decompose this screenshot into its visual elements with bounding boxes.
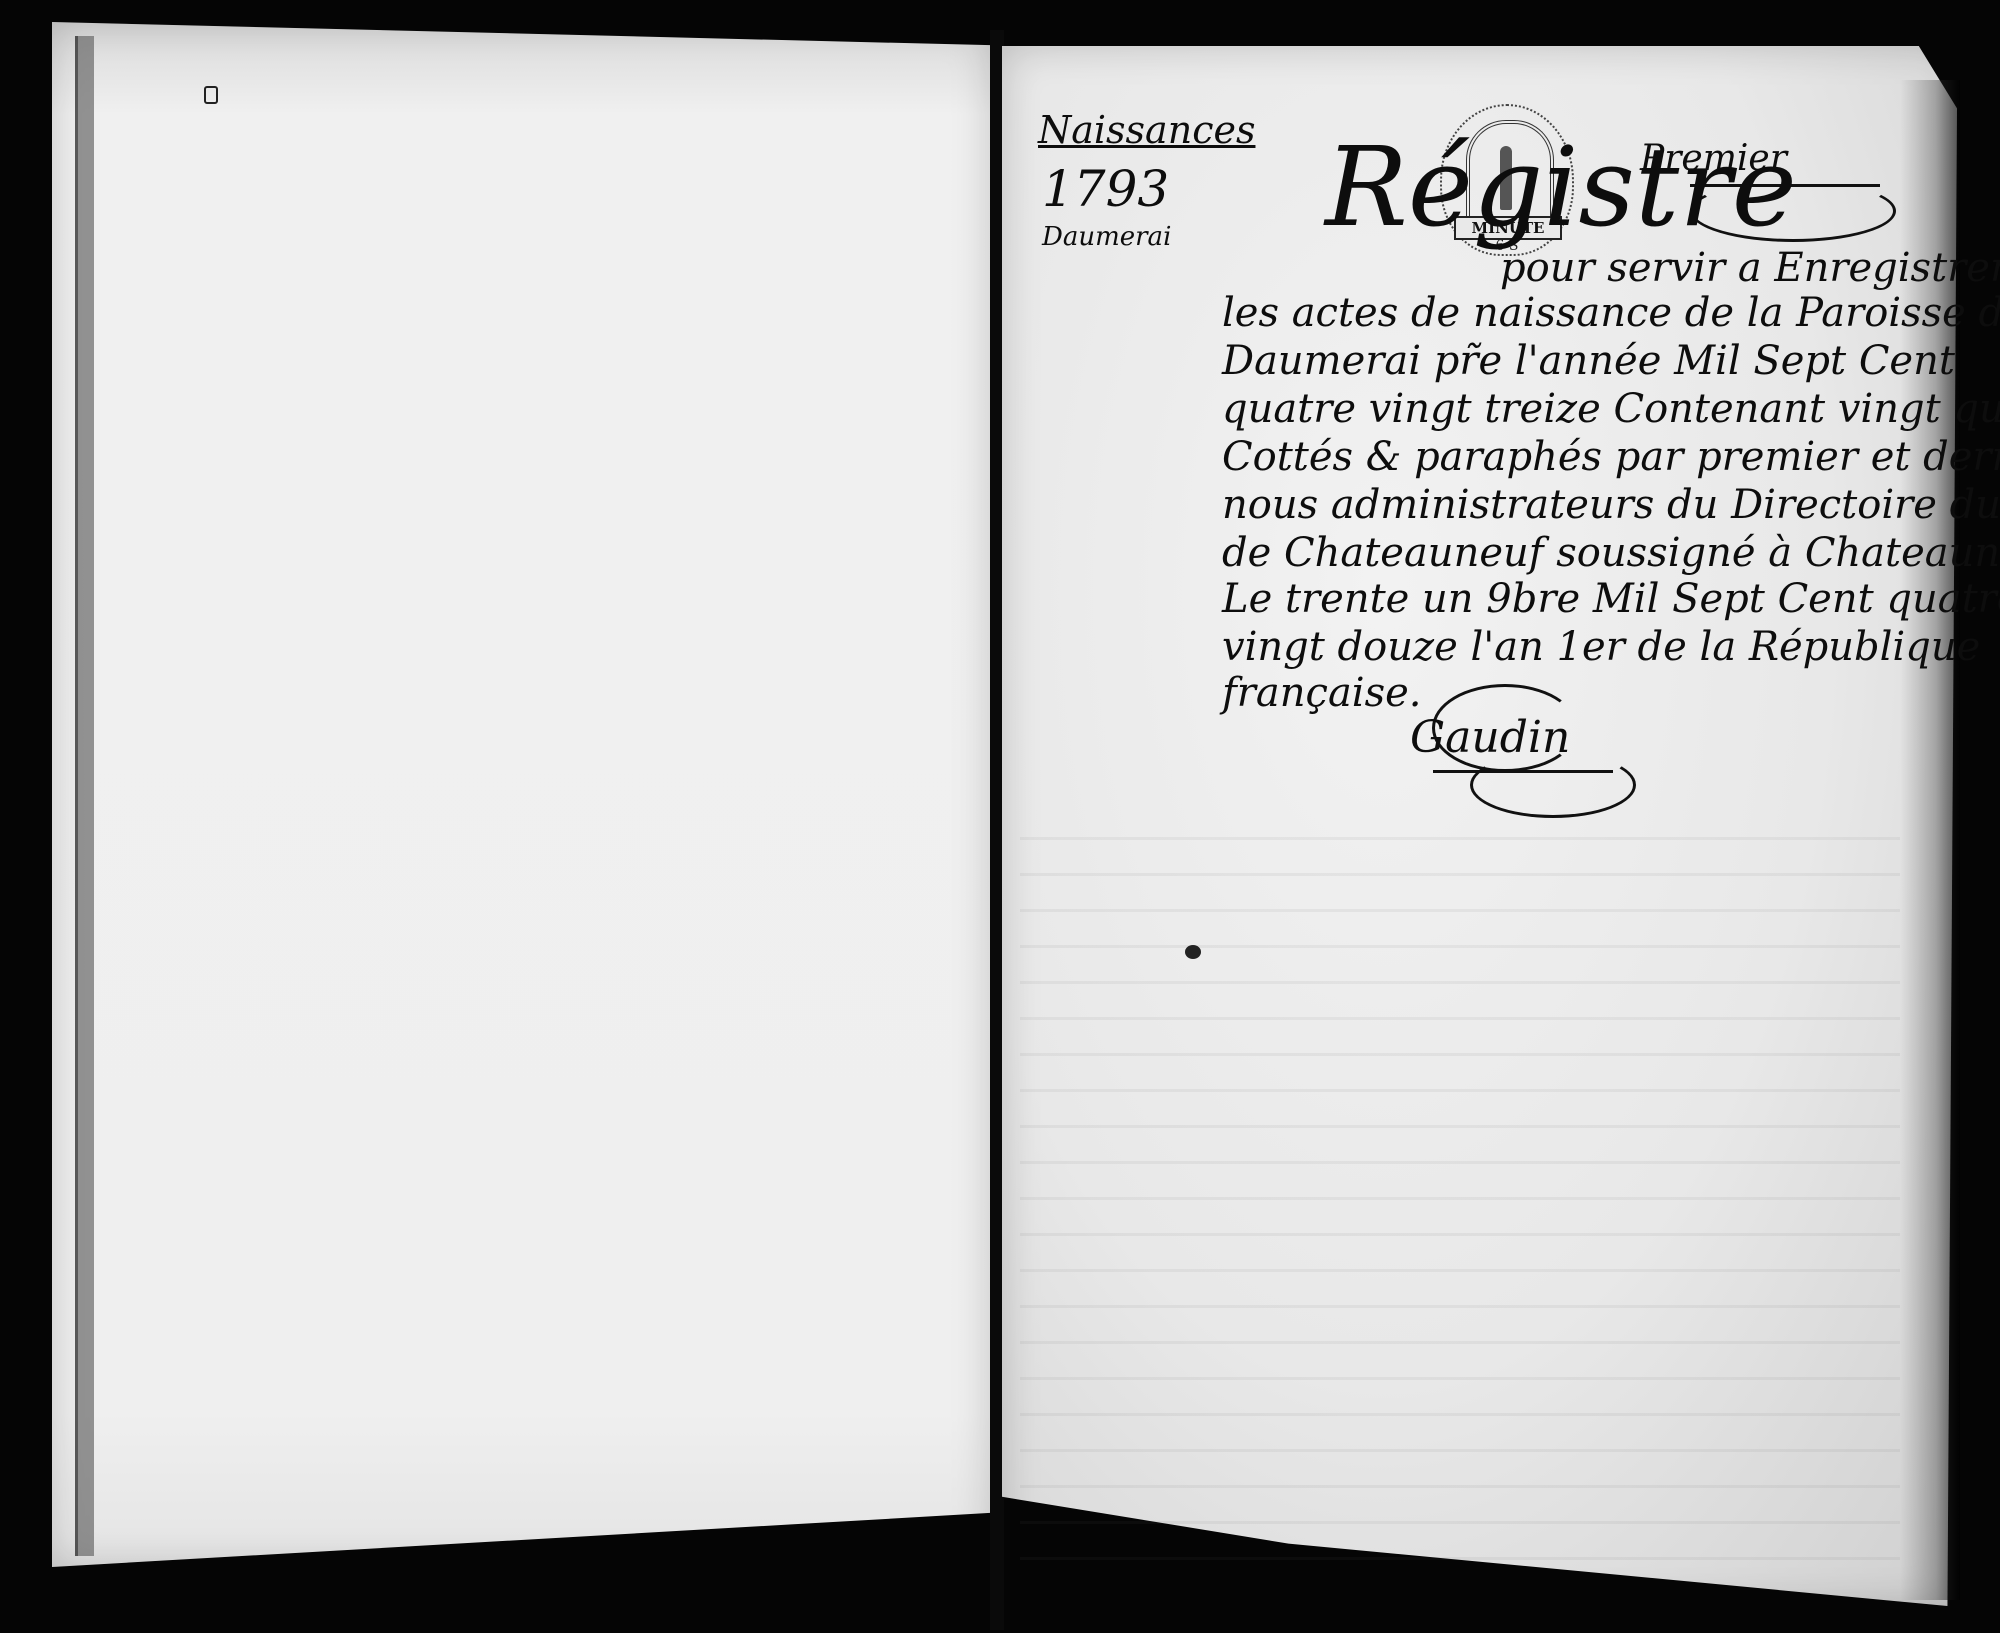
body-line-6: nous administrateurs du Directoire du Di…	[1222, 482, 2000, 528]
margin-heading: Naissances	[1038, 108, 1255, 152]
body-line-2: les actes de naissance de la Paroisse de	[1222, 290, 2000, 336]
left-page-mark	[204, 86, 218, 104]
body-line-7: de Chateauneuf soussigné à Chateauneuf	[1222, 530, 2000, 576]
body-line-10: française.	[1222, 670, 1422, 716]
left-page-edge	[75, 36, 94, 1556]
body-line-5: Cottés & paraphés par premier et dernier…	[1222, 434, 2000, 480]
body-line-1: pour servir a Enregistrer	[1500, 245, 2000, 291]
body-line-4: quatre vingt treize Contenant vingt quat…	[1222, 386, 2000, 432]
signature-paraph	[1470, 752, 1636, 818]
body-line-8: Le trente un 9bre Mil Sept Cent quatre	[1222, 576, 2000, 622]
ink-blot	[1185, 945, 1201, 959]
book-gutter	[990, 30, 1004, 1630]
register-title: Régistre	[1325, 132, 1797, 242]
body-line-3: Daumerai pr̃e l'année Mil Sept Cent	[1222, 338, 1955, 384]
body-line-9: vingt douze l'an 1er de la République	[1222, 624, 1980, 670]
margin-parish: Daumerai	[1042, 222, 1171, 252]
left-page	[52, 22, 990, 1567]
margin-year: 1793	[1042, 160, 1169, 218]
bleed-through-text	[1020, 820, 1900, 1560]
